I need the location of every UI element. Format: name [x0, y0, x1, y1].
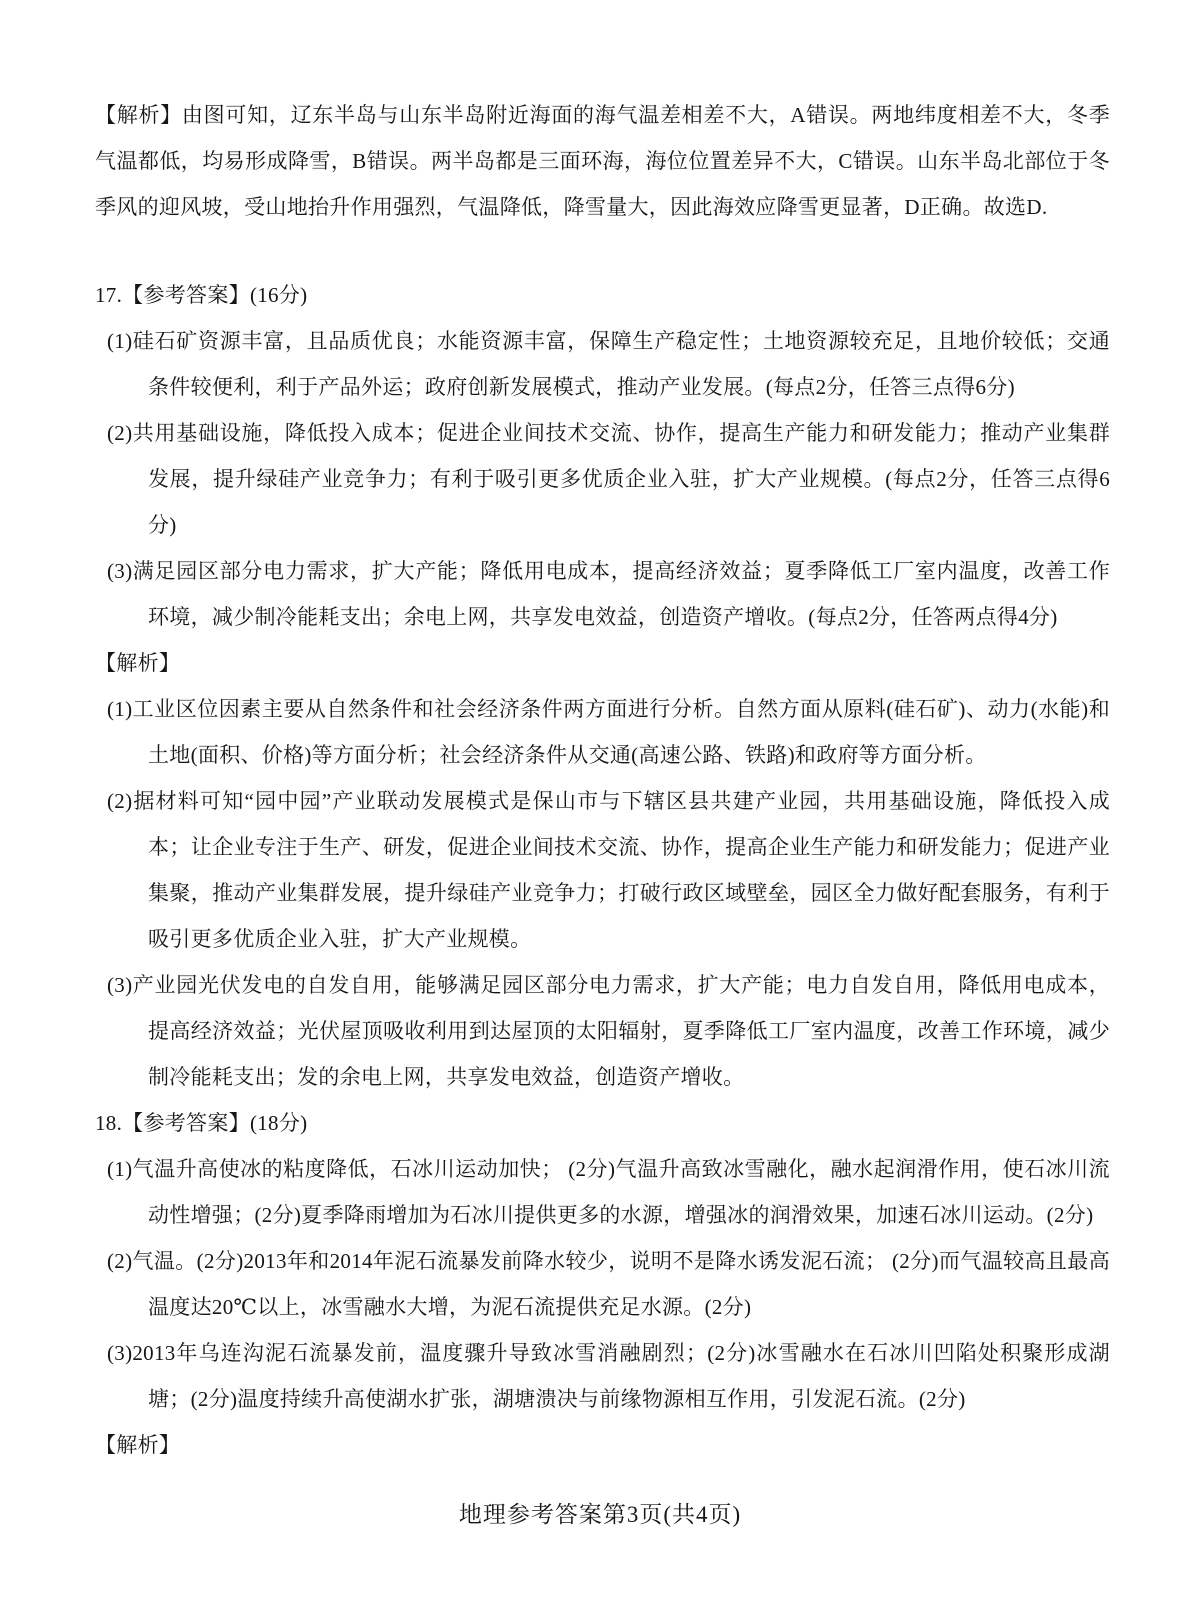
q18-analysis-label: 【解析】: [95, 1422, 1110, 1468]
q17-analysis-label: 【解析】: [95, 640, 1110, 686]
page-footer: 地理参考答案第3页(共4页): [0, 1496, 1200, 1529]
answer-key-page: 【解析】由图可知，辽东半岛与山东半岛附近海面的海气温差相差不大，A错误。两地纬度…: [0, 0, 1200, 1600]
q18-answer-item-1: (1)气温升高使冰的粘度降低，石冰川运动加快； (2分)气温升高致冰雪融化，融水…: [95, 1146, 1110, 1238]
q18-answer-item-3: (3)2013年乌连沟泥石流暴发前，温度骤升导致冰雪消融剧烈；(2分)冰雪融水在…: [95, 1330, 1110, 1422]
q17-analysis-item-2: (2)据材料可知“园中园”产业联动发展模式是保山市与下辖区县共建产业园，共用基础…: [95, 778, 1110, 962]
q17-analysis-item-1: (1)工业区位因素主要从自然条件和社会经济条件两方面进行分析。自然方面从原料(硅…: [95, 686, 1110, 778]
q17-analysis-item-3: (3)产业园光伏发电的自发自用，能够满足园区部分电力需求，扩大产能；电力自发自用…: [95, 962, 1110, 1100]
page-content: 【解析】由图可知，辽东半岛与山东半岛附近海面的海气温差相差不大，A错误。两地纬度…: [95, 92, 1110, 1468]
q17-heading: 17.【参考答案】(16分): [95, 272, 1110, 318]
q18-answer-item-2: (2)气温。(2分)2013年和2014年泥石流暴发前降水较少，说明不是降水诱发…: [95, 1238, 1110, 1330]
q18-heading: 18.【参考答案】(18分): [95, 1100, 1110, 1146]
q17-answer-item-1: (1)硅石矿资源丰富，且品质优良；水能资源丰富，保障生产稳定性；土地资源较充足，…: [95, 318, 1110, 410]
q16-analysis-paragraph: 【解析】由图可知，辽东半岛与山东半岛附近海面的海气温差相差不大，A错误。两地纬度…: [95, 92, 1110, 230]
q17-answer-item-2: (2)共用基础设施，降低投入成本；促进企业间技术交流、协作，提高生产能力和研发能…: [95, 410, 1110, 548]
q16-analysis-text: 由图可知，辽东半岛与山东半岛附近海面的海气温差相差不大，A错误。两地纬度相差不大…: [95, 103, 1110, 219]
q17-answer-item-3: (3)满足园区部分电力需求，扩大产能；降低用电成本，提高经济效益；夏季降低工厂室…: [95, 548, 1110, 640]
q16-analysis-label: 【解析】: [95, 103, 182, 127]
